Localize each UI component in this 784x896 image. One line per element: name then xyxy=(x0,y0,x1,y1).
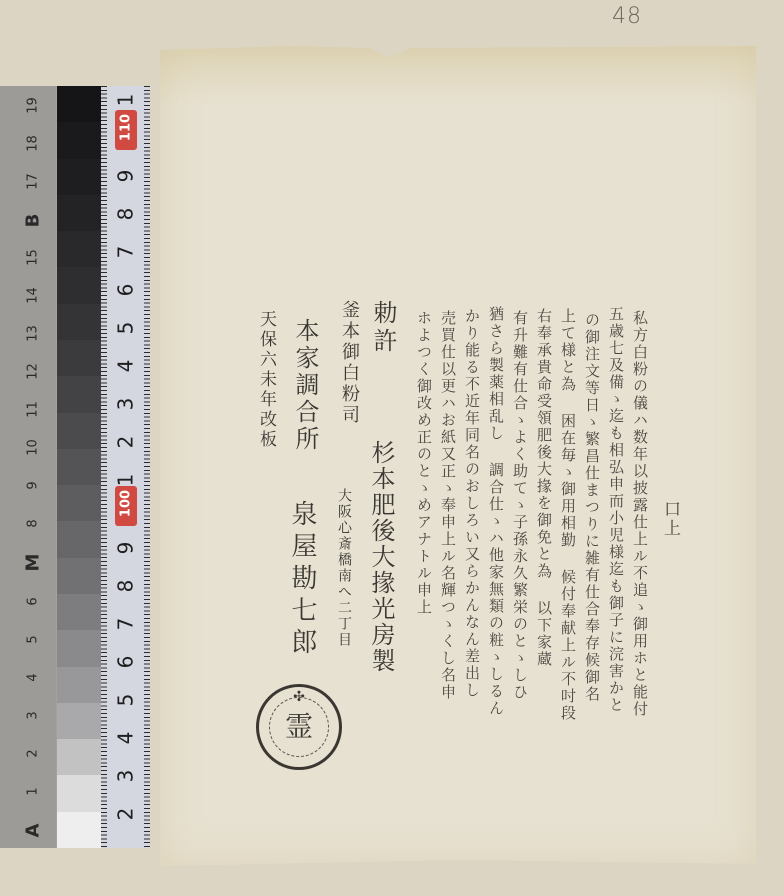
body-column: の御注文等日ゝ繁昌仕まつりに雑有仕合奉存候御名 xyxy=(582,312,603,703)
body-column: 五歳七及備ゝ迄も相弘申而小児様迄も御子に浣害かと xyxy=(606,306,627,714)
seal-cross-mark-icon: ✣ xyxy=(259,689,339,705)
gray-patch xyxy=(57,594,101,630)
scale-letter: A xyxy=(23,818,44,844)
imprint-date: 天保六未年改板 xyxy=(254,310,279,450)
imprint-maker-name: 杉本肥後大掾光房製 xyxy=(364,440,399,674)
scale-label: 9 xyxy=(26,473,41,499)
merchant-seal: ✣ 霊 xyxy=(256,684,342,770)
scale-label: 11 xyxy=(26,397,41,423)
gray-patch xyxy=(57,812,101,848)
gray-patch xyxy=(57,703,101,739)
gray-patch xyxy=(57,521,101,557)
body-column: 上て様と為 困在毎ゝ御用相勤 候付奉献上ル不吋段 xyxy=(558,308,579,722)
imprint-house-label: 本家調合所 xyxy=(288,318,323,453)
gray-patch xyxy=(57,775,101,811)
gray-patch xyxy=(57,630,101,666)
scale-label: 1 xyxy=(26,779,41,805)
scale-label: 2 xyxy=(26,741,41,767)
body-column: 猶さら製薬相乱し 調合仕ゝハ他家無類の粧ゝしるん xyxy=(486,306,507,717)
body-column: 右奉承貴命受領肥後大掾を御免と為 以下家蔵 xyxy=(534,308,555,668)
gray-patch xyxy=(57,304,101,340)
body-column: かり能る不近年同名のおしろい又らかんなん差出し xyxy=(462,308,483,699)
gray-patch xyxy=(57,86,101,122)
body-column: 売買仕以更ハお紙又正ゝ奉申上ル名輝つゝくし名申 xyxy=(438,310,459,701)
gray-patch xyxy=(57,122,101,158)
folio-number: 48 xyxy=(612,4,642,29)
document-heading: 口上 xyxy=(658,500,683,538)
scale-label: 17 xyxy=(26,169,41,195)
gray-patch xyxy=(57,231,101,267)
scale-label: 10 xyxy=(26,435,41,461)
body-column: 私方白粉の儀ハ数年以披露仕上ル不追ゝ御用ホと能付 xyxy=(630,310,651,718)
body-column: ホよつく御改め正のとゝめアナトル申上 xyxy=(414,310,435,616)
gray-patch xyxy=(57,376,101,412)
gray-patch xyxy=(57,195,101,231)
gray-patch xyxy=(57,667,101,703)
scale-label: 8 xyxy=(26,511,41,537)
gray-patch xyxy=(57,485,101,521)
gray-patch xyxy=(57,267,101,303)
gray-patch xyxy=(57,558,101,594)
color-scale-card: 19 18 17 B 15 14 13 12 11 10 9 8 M 6 5 4… xyxy=(0,86,150,848)
ruler-tag-100: 100 xyxy=(115,486,137,526)
body-column: 有升難有仕合ゝよく助てゝ子孫永久繁栄のとゝしひ xyxy=(510,310,531,701)
ruler-number: 2 xyxy=(114,790,138,839)
scale-label: 18 xyxy=(26,131,41,157)
ruler-tag-110: 110 xyxy=(115,110,137,150)
gray-scale-label-band: 19 18 17 B 15 14 13 12 11 10 9 8 M 6 5 4… xyxy=(0,86,56,848)
imprint-license: 勅許 xyxy=(366,300,401,356)
scale-label: 6 xyxy=(26,589,41,615)
scale-label: 3 xyxy=(26,703,41,729)
gray-patch xyxy=(57,159,101,195)
imprint-office-title: 釜本御白粉司 xyxy=(336,300,362,426)
gray-patch xyxy=(57,739,101,775)
scale-label: 12 xyxy=(26,359,41,385)
scale-label: 4 xyxy=(26,665,41,691)
imprint-merchant-name: 泉屋勘七郎 xyxy=(284,500,321,660)
imprint-address: 大阪心斎橋南へ二丁目 xyxy=(334,488,354,648)
measurement-ruler: 1 110 9 8 7 6 5 4 3 2 1 100 9 8 7 6 5 4 … xyxy=(101,86,150,848)
gray-patch xyxy=(57,413,101,449)
gray-patch xyxy=(57,340,101,376)
scale-label: 5 xyxy=(26,627,41,653)
scale-label: 13 xyxy=(26,321,41,347)
scale-letter: B xyxy=(23,208,44,234)
seal-glyph: 霊 xyxy=(259,705,339,745)
scale-letter: M xyxy=(23,550,44,576)
gray-patch xyxy=(57,449,101,485)
scale-label: 15 xyxy=(26,245,41,271)
gray-step-strip xyxy=(57,86,101,848)
scale-label: 19 xyxy=(26,93,41,119)
scale-label: 14 xyxy=(26,283,41,309)
